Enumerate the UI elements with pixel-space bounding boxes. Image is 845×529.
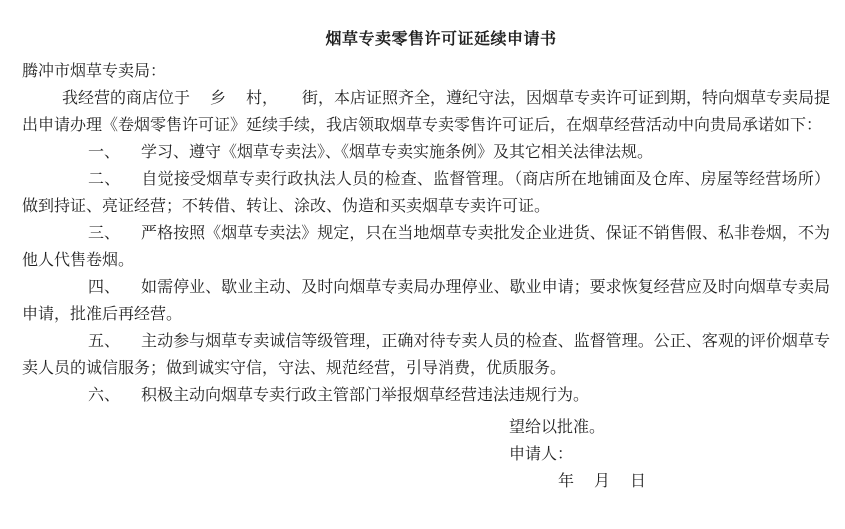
item-text: 严格按照《烟草专卖法》规定，只在当地烟草专卖批发企业进货、保证不销售假、私非卷烟… [22,225,830,269]
item-text: 自觉接受烟草专卖行政执法人员的检查、监督管理。（商店所在地铺面及仓库、房屋等经营… [22,171,830,215]
item-number: 六、 [88,387,120,404]
list-item: 四、如需停业、歇业主动、及时向烟草专卖局办理停业、歇业申请；要求恢复经营应及时向… [22,274,830,328]
approval-request-line: 望给以批准。 [509,414,830,441]
list-item: 二、自觉接受烟草专卖行政执法人员的检查、监督管理。（商店所在地铺面及仓库、房屋等… [22,166,830,220]
item-number: 五、 [88,333,120,350]
list-item: 一、学习、遵守《烟草专卖法》、《烟草专卖实施条例》及其它相关法律法规。 [22,139,830,166]
item-text: 如需停业、歇业主动、及时向烟草专卖局办理停业、歇业申请；要求恢复经营应及时向烟草… [22,279,830,323]
item-number: 三、 [88,225,120,242]
item-number: 四、 [88,279,120,296]
list-item: 六、积极主动向烟草专卖行政主管部门举报烟草经营违法违规行为。 [22,382,830,409]
salutation: 腾冲市烟草专卖局： [22,58,830,85]
item-text: 学习、遵守《烟草专卖法》、《烟草专卖实施条例》及其它相关法律法规。 [141,144,653,161]
list-item: 三、严格按照《烟草专卖法》规定，只在当地烟草专卖批发企业进货、保证不销售假、私非… [22,220,830,274]
item-number: 一、 [88,144,120,161]
list-item: 五、主动参与烟草专卖诚信等级管理，正确对待专卖人员的检查、监督管理。公正、客观的… [22,328,830,382]
applicant-label: 申请人： [509,441,830,468]
item-number: 二、 [88,171,120,188]
application-document: 烟草专卖零售许可证延续申请书 腾冲市烟草专卖局： 我经营的商店位于 乡 村， 街… [0,0,845,529]
intro-paragraph: 我经营的商店位于 乡 村， 街，本店证照齐全，遵纪守法，因烟草专卖许可证到期，特… [22,85,830,139]
document-title: 烟草专卖零售许可证延续申请书 [22,26,830,53]
date-line: 年 月 日 [558,468,830,495]
item-text: 主动参与烟草专卖诚信等级管理，正确对待专卖人员的检查、监督管理。公正、客观的评价… [22,333,830,377]
closing-block: 望给以批准。 申请人： 年 月 日 [22,414,830,495]
item-text: 积极主动向烟草专卖行政主管部门举报烟草经营违法违规行为。 [141,387,589,404]
